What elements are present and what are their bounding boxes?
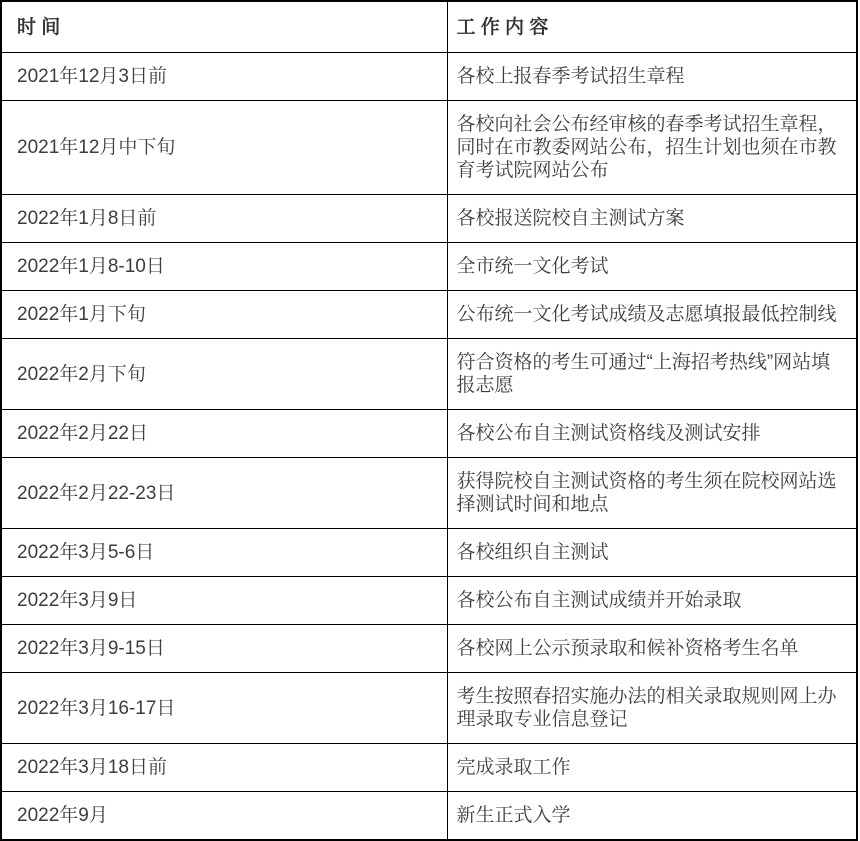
table-row: 2022年3月18日前 完成录取工作 [1,744,857,792]
content-cell: 各校向社会公布经审核的春季考试招生章程，同时在市教委网站公布，招生计划也须在市教… [447,101,857,195]
header-time: 时 间 [1,1,447,53]
time-cell: 2022年2月22-23日 [1,458,447,529]
time-cell: 2022年3月9日 [1,577,447,625]
table-row: 2022年2月22日 各校公布自主测试资格线及测试安排 [1,410,857,458]
time-cell: 2022年3月5-6日 [1,529,447,577]
table-row: 2021年12月3日前 各校上报春季考试招生章程 [1,53,857,101]
content-cell: 各校公布自主测试资格线及测试安排 [447,410,857,458]
time-cell: 2022年1月8日前 [1,195,447,243]
content-cell: 考生按照春招实施办法的相关录取规则网上办理录取专业信息登记 [447,673,857,744]
time-cell: 2022年3月18日前 [1,744,447,792]
content-cell: 完成录取工作 [447,744,857,792]
content-cell: 各校上报春季考试招生章程 [447,53,857,101]
content-cell: 全市统一文化考试 [447,243,857,291]
table-row: 2022年3月9日 各校公布自主测试成绩并开始录取 [1,577,857,625]
time-cell: 2022年2月22日 [1,410,447,458]
table-row: 2022年3月9-15日 各校网上公示预录取和候补资格考生名单 [1,625,857,673]
time-cell: 2021年12月中下旬 [1,101,447,195]
schedule-table: 时 间 工 作 内 容 2021年12月3日前 各校上报春季考试招生章程 202… [0,0,858,841]
content-cell: 符合资格的考生可通过“上海招考热线”网站填报志愿 [447,339,857,410]
time-cell: 2022年1月下旬 [1,291,447,339]
table-row: 2021年12月中下旬 各校向社会公布经审核的春季考试招生章程，同时在市教委网站… [1,101,857,195]
time-cell: 2022年1月8-10日 [1,243,447,291]
header-content: 工 作 内 容 [447,1,857,53]
table-row: 2022年2月下旬 符合资格的考生可通过“上海招考热线”网站填报志愿 [1,339,857,410]
time-cell: 2022年9月 [1,792,447,841]
content-cell: 获得院校自主测试资格的考生须在院校网站选择测试时间和地点 [447,458,857,529]
content-cell: 各校组织自主测试 [447,529,857,577]
header-row: 时 间 工 作 内 容 [1,1,857,53]
time-cell: 2022年3月9-15日 [1,625,447,673]
content-cell: 公布统一文化考试成绩及志愿填报最低控制线 [447,291,857,339]
table-row: 2022年1月8日前 各校报送院校自主测试方案 [1,195,857,243]
table-row: 2022年9月 新生正式入学 [1,792,857,841]
time-cell: 2021年12月3日前 [1,53,447,101]
table-row: 2022年1月8-10日 全市统一文化考试 [1,243,857,291]
content-cell: 各校公布自主测试成绩并开始录取 [447,577,857,625]
content-cell: 各校报送院校自主测试方案 [447,195,857,243]
table-row: 2022年3月16-17日 考生按照春招实施办法的相关录取规则网上办理录取专业信… [1,673,857,744]
table-row: 2022年2月22-23日 获得院校自主测试资格的考生须在院校网站选择测试时间和… [1,458,857,529]
content-cell: 各校网上公示预录取和候补资格考生名单 [447,625,857,673]
content-cell: 新生正式入学 [447,792,857,841]
time-cell: 2022年2月下旬 [1,339,447,410]
table-row: 2022年1月下旬 公布统一文化考试成绩及志愿填报最低控制线 [1,291,857,339]
table-body: 2021年12月3日前 各校上报春季考试招生章程 2021年12月中下旬 各校向… [1,53,857,841]
table-row: 2022年3月5-6日 各校组织自主测试 [1,529,857,577]
time-cell: 2022年3月16-17日 [1,673,447,744]
